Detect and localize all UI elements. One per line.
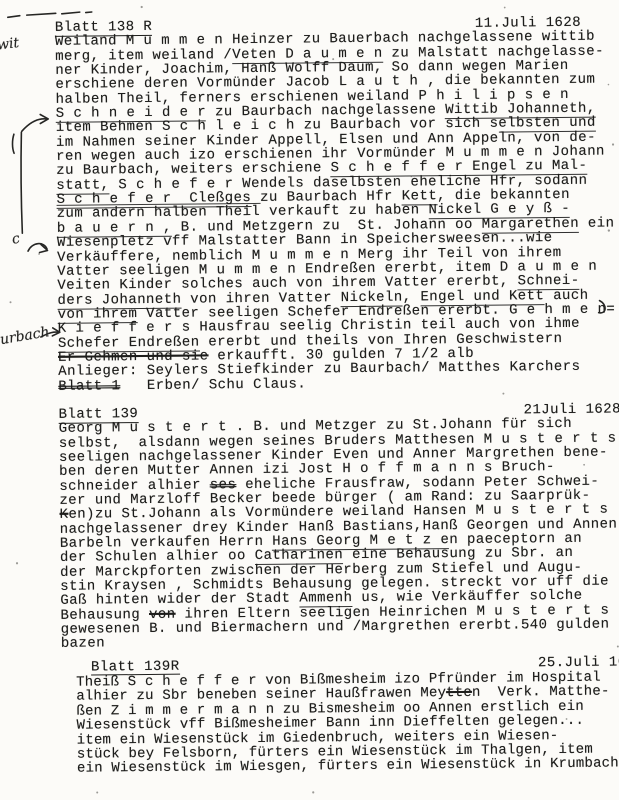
scanned-document-page: Blatt 138 R11.Juli 1628Weiland M u m m e…: [0, 0, 619, 800]
text-segment-marked: Blatt 1: [58, 378, 120, 395]
section-blatt-139: Blatt 13921Juli 1628Georg M u s t e r t …: [4, 402, 619, 652]
section-blatt-139r: Blatt 139R25.Juli 1628Theiß S c h e f f …: [6, 655, 619, 777]
section-date: 21Juli 1628: [524, 402, 619, 417]
section-heading: Blatt 139: [59, 406, 139, 424]
text-line: ein Wiesenstück im Wiesgen, fürters ein …: [77, 757, 619, 777]
section-heading: Blatt 139R: [91, 659, 180, 675]
section-blatt-138-r: Blatt 138 R11.Juli 1628Weiland M u m m e…: [0, 0, 619, 394]
section-date: 11.Juli 1628: [475, 16, 581, 31]
text-segment: Erben/ Schu Claus.: [120, 376, 306, 394]
text-segment: bazen: [61, 636, 105, 652]
section-date: 25.Juli 1628: [538, 655, 619, 670]
text-segment: ein: [579, 215, 615, 231]
document-body: Blatt 138 R11.Juli 1628Weiland M u m m e…: [0, 0, 619, 777]
section-heading: Blatt 138 R: [55, 19, 153, 37]
